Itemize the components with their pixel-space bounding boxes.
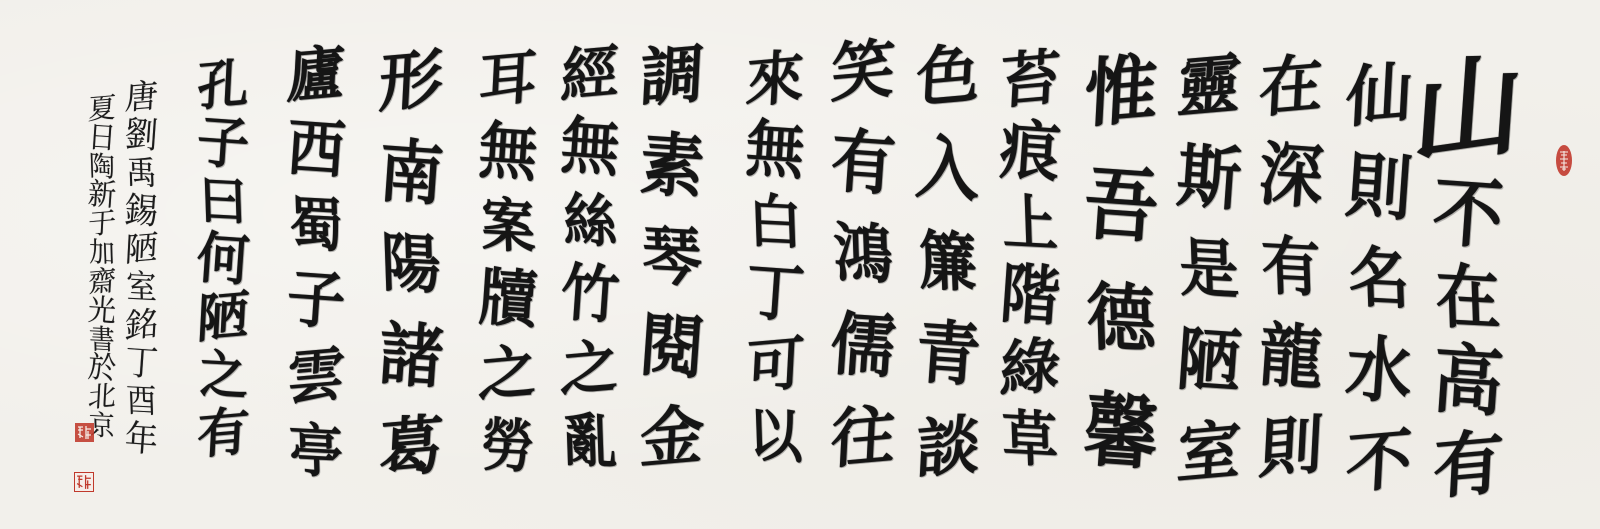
character: 酉 (125, 383, 157, 418)
character: 青 (914, 319, 983, 392)
character: 無 (559, 114, 621, 181)
character: 葛 (377, 413, 444, 483)
character: 經 (560, 42, 621, 106)
character: 金 (638, 403, 705, 473)
character: 子 (195, 114, 251, 174)
character: 仙 (1344, 59, 1413, 131)
character: 牘 (477, 266, 539, 333)
character: 銘 (124, 306, 159, 342)
calligraphy-scroll: 山不在高有 仙則名水不 在深有龍則 靈斯是陋室 惟吾德馨 苔痕上階綠草 色入簾青… (0, 0, 1600, 529)
character: 有 (1260, 234, 1321, 301)
character: 則 (1257, 413, 1324, 483)
character: 色 (914, 42, 981, 112)
character: 室 (1175, 418, 1242, 488)
character: 無 (744, 117, 806, 184)
character: 苔 (999, 47, 1062, 113)
character: 高 (1430, 341, 1505, 421)
character: 有 (196, 406, 251, 463)
text-column-6: 苔痕上階綠草 (992, 50, 1068, 470)
text-column-8: 笑有鴻儒往 (820, 40, 905, 470)
character: 名 (1347, 243, 1410, 312)
seal-glyph-icon (75, 473, 93, 491)
name-seal-red-text (74, 472, 94, 492)
text-column-3: 在深有龍則 (1252, 55, 1330, 480)
text-column-14: 廬西蜀子雲亭 (276, 45, 356, 480)
character: 室 (125, 269, 157, 304)
character: 德 (1085, 281, 1156, 359)
character: 斯 (1175, 142, 1244, 215)
character: 亂 (562, 411, 618, 472)
character: 蜀 (288, 194, 344, 255)
character: 草 (1001, 409, 1058, 472)
character: 案 (480, 195, 536, 256)
character: 往 (829, 403, 896, 473)
character: 雲 (286, 344, 347, 408)
character: 深 (1257, 141, 1326, 214)
seal-glyph-icon (75, 423, 94, 442)
character: 西 (285, 116, 347, 183)
character: 曰 (198, 175, 248, 229)
character: 形 (377, 47, 444, 117)
character: 綠 (999, 335, 1062, 401)
character: 以 (747, 406, 803, 467)
character: 不 (1430, 174, 1505, 254)
character: 子 (285, 267, 347, 334)
character: 不 (1344, 425, 1413, 497)
character: 素 (638, 131, 707, 204)
character: 階 (998, 262, 1062, 331)
character: 痕 (998, 118, 1062, 187)
character: 笑 (829, 37, 896, 107)
character: 禹 (125, 155, 157, 190)
character: 琴 (641, 224, 702, 291)
character: 有 (1431, 427, 1504, 504)
character: 丁 (744, 260, 806, 327)
character: 山 (1409, 46, 1526, 173)
character: 陋 (196, 290, 251, 347)
character: 劉 (123, 116, 158, 154)
inscription-column-2: 夏日陶新于加齋光書於北京 (84, 95, 120, 440)
character: 唐 (124, 78, 159, 114)
character: 鴻 (832, 221, 893, 288)
character: 在 (1257, 52, 1324, 122)
character: 陋 (124, 230, 159, 266)
text-column-10: 調素琴閱金 (633, 45, 711, 470)
character: 陽 (380, 231, 441, 298)
character: 入 (914, 133, 983, 206)
character: 惟 (1082, 51, 1160, 132)
character: 竹 (559, 261, 621, 328)
name-seal-white-text (75, 423, 94, 442)
character: 在 (1434, 261, 1501, 334)
character: 何 (195, 230, 251, 290)
character: 之 (198, 349, 248, 403)
text-column-9: 來無白丁可以 (735, 50, 815, 465)
text-column-4: 靈斯是陋室 (1170, 55, 1248, 485)
leading-seal-oval (1556, 145, 1572, 176)
character: 儒 (828, 310, 897, 383)
character: 南 (377, 137, 446, 210)
character: 簾 (917, 229, 978, 296)
character: 之 (560, 336, 621, 400)
character: 水 (1344, 332, 1415, 408)
character: 孔 (196, 58, 251, 115)
character: 亭 (288, 421, 344, 482)
inscription-column-1: 唐劉禹錫陋室銘丁酉年 (121, 80, 161, 455)
character: 丁 (123, 344, 158, 382)
text-column-7: 色入簾青談 (908, 45, 988, 480)
character: 靈 (1175, 52, 1242, 122)
character: 年 (123, 420, 158, 458)
text-column-15: 孔子曰何陋之有 (186, 60, 260, 460)
text-column-2: 仙則名水不 (1338, 62, 1420, 494)
character: 陋 (1175, 325, 1244, 398)
character: 白 (747, 191, 803, 252)
character: 無 (477, 119, 539, 186)
character: 是 (1178, 236, 1239, 303)
character: 有 (828, 127, 897, 200)
character: 之 (478, 341, 539, 405)
text-column-11: 經無絲竹之亂 (550, 45, 630, 470)
character: 調 (638, 42, 705, 112)
character: 勞 (480, 416, 536, 477)
text-column-1: 山不在高有 (1420, 55, 1515, 500)
character: 吾 (1081, 163, 1160, 248)
character: 上 (1001, 193, 1058, 256)
character: 諸 (377, 320, 446, 393)
character: 談 (914, 413, 981, 483)
character: 絲 (562, 190, 618, 251)
character: 龍 (1257, 321, 1326, 394)
character: 耳 (478, 47, 539, 111)
character: 來 (745, 47, 806, 111)
text-column-5: 惟吾德馨 (1078, 55, 1163, 470)
text-column-12: 耳無案牘之勞 (470, 50, 546, 475)
character: 閱 (638, 311, 707, 384)
character: 錫 (123, 192, 158, 230)
text-column-13: 形南陽諸葛 (370, 50, 452, 480)
seal-glyph-icon (1556, 145, 1572, 176)
character: 可 (745, 333, 806, 397)
character: 馨 (1081, 391, 1160, 476)
character: 廬 (286, 42, 347, 106)
character: 則 (1344, 149, 1415, 225)
